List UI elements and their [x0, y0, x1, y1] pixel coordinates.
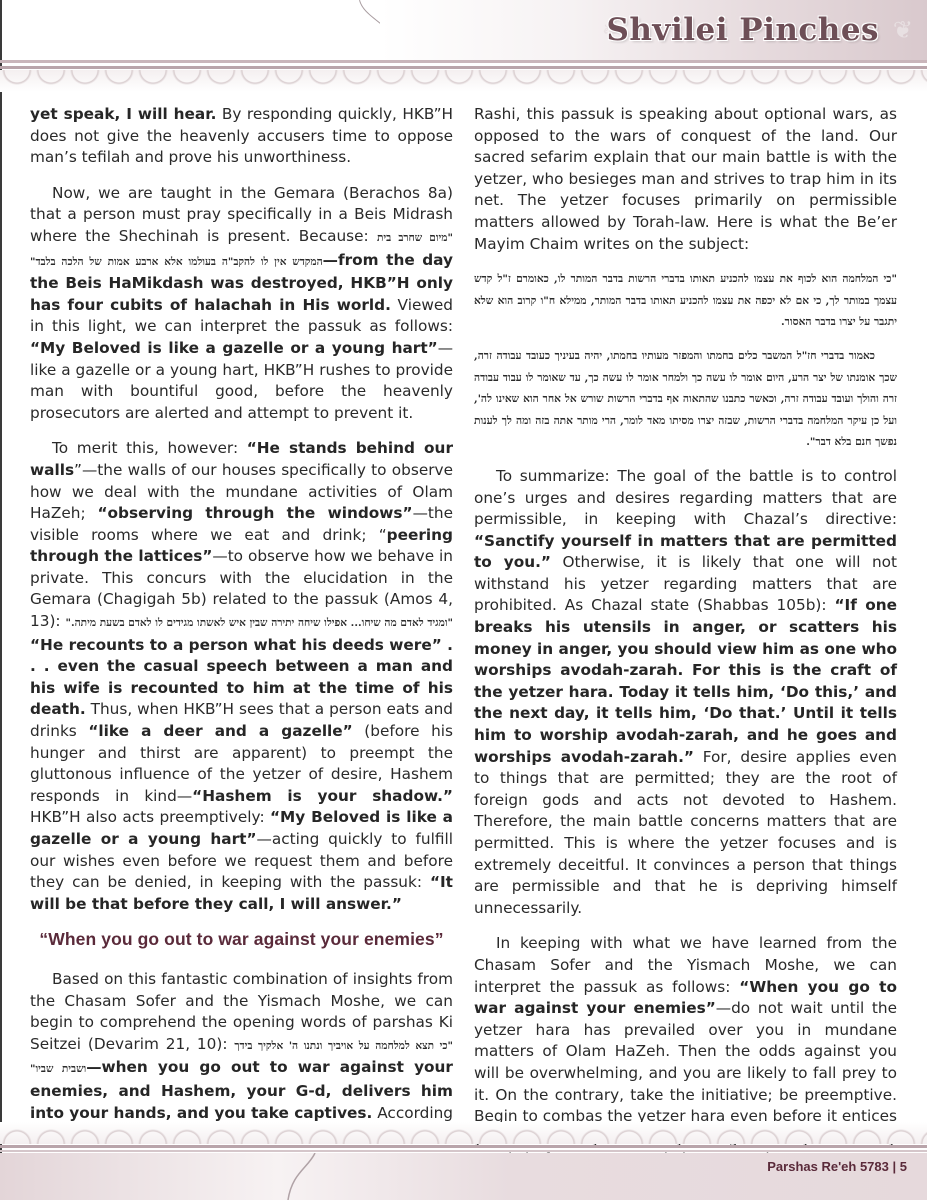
hebrew-block-quote: "כי המלחמה הוא לכוף את עצמו להכניע תאותו… [474, 269, 897, 334]
separator: | [893, 1159, 897, 1174]
header-rule [0, 66, 927, 69]
body-text: For, desire applies even to things that … [474, 748, 897, 917]
publication-title: Shvilei Pinches [607, 12, 880, 48]
footer-rule [0, 1145, 927, 1148]
bold-quote: “My Beloved is like a gazelle or a young… [30, 339, 438, 357]
bold-quote: “observing through the windows” [97, 504, 412, 522]
bold-quote: “like a deer and a gazelle” [88, 722, 352, 740]
footer-ornamental-border [0, 1122, 927, 1144]
right-column: Rashi, this passuk is speaking about opt… [474, 104, 897, 1185]
bold-quote: “Hashem is your shadow.” [192, 787, 453, 805]
section-heading: “When you go out to war against your ene… [30, 929, 453, 951]
body-text: HKB”H also acts preemptively: [30, 808, 270, 826]
page-header: ❧ Shvilei Pinches ❦ [0, 0, 927, 96]
page-footer: Parshas Re'eh 5783 | 5 [0, 1145, 927, 1200]
footer-curve-decoration [280, 1153, 330, 1200]
bold-quote: “If one breaks his utensils in anger, or… [474, 596, 897, 765]
left-column: yet speak, I will hear. By responding qu… [30, 104, 453, 1160]
paragraph: yet speak, I will hear. By responding qu… [30, 104, 453, 169]
parsha-name: Parshas Re'eh 5783 [767, 1159, 889, 1174]
page-number: 5 [900, 1159, 907, 1174]
hebrew-quote: "ומגיד לאדם מה שיחו... אפילו שיחה יתירה … [66, 617, 454, 629]
body-text: To summarize: The goal of the battle is … [474, 467, 897, 528]
header-rule [0, 60, 927, 63]
paragraph: To summarize: The goal of the battle is … [474, 466, 897, 919]
hebrew-block-quote: כאמור בדברי חז"ל המשבר כלים בחמתו והמפזר… [474, 346, 897, 454]
paragraph: Based on this fantastic combination of i… [30, 969, 453, 1146]
paragraph: Now, we are taught in the Gemara (Berach… [30, 183, 453, 425]
ornament-right-icon: ❦ [893, 16, 913, 44]
page-left-edge [0, 0, 2, 1200]
bold-quote: yet speak, I will hear. [30, 105, 216, 123]
header-ornamental-border [0, 70, 927, 92]
body-text: To merit this, however: [52, 439, 247, 457]
paragraph: To merit this, however: “He stands behin… [30, 438, 453, 915]
footer-rule [0, 1150, 927, 1152]
paragraph: Rashi, this passuk is speaking about opt… [474, 104, 897, 255]
footer-page-label: Parshas Re'eh 5783 | 5 [767, 1159, 907, 1174]
